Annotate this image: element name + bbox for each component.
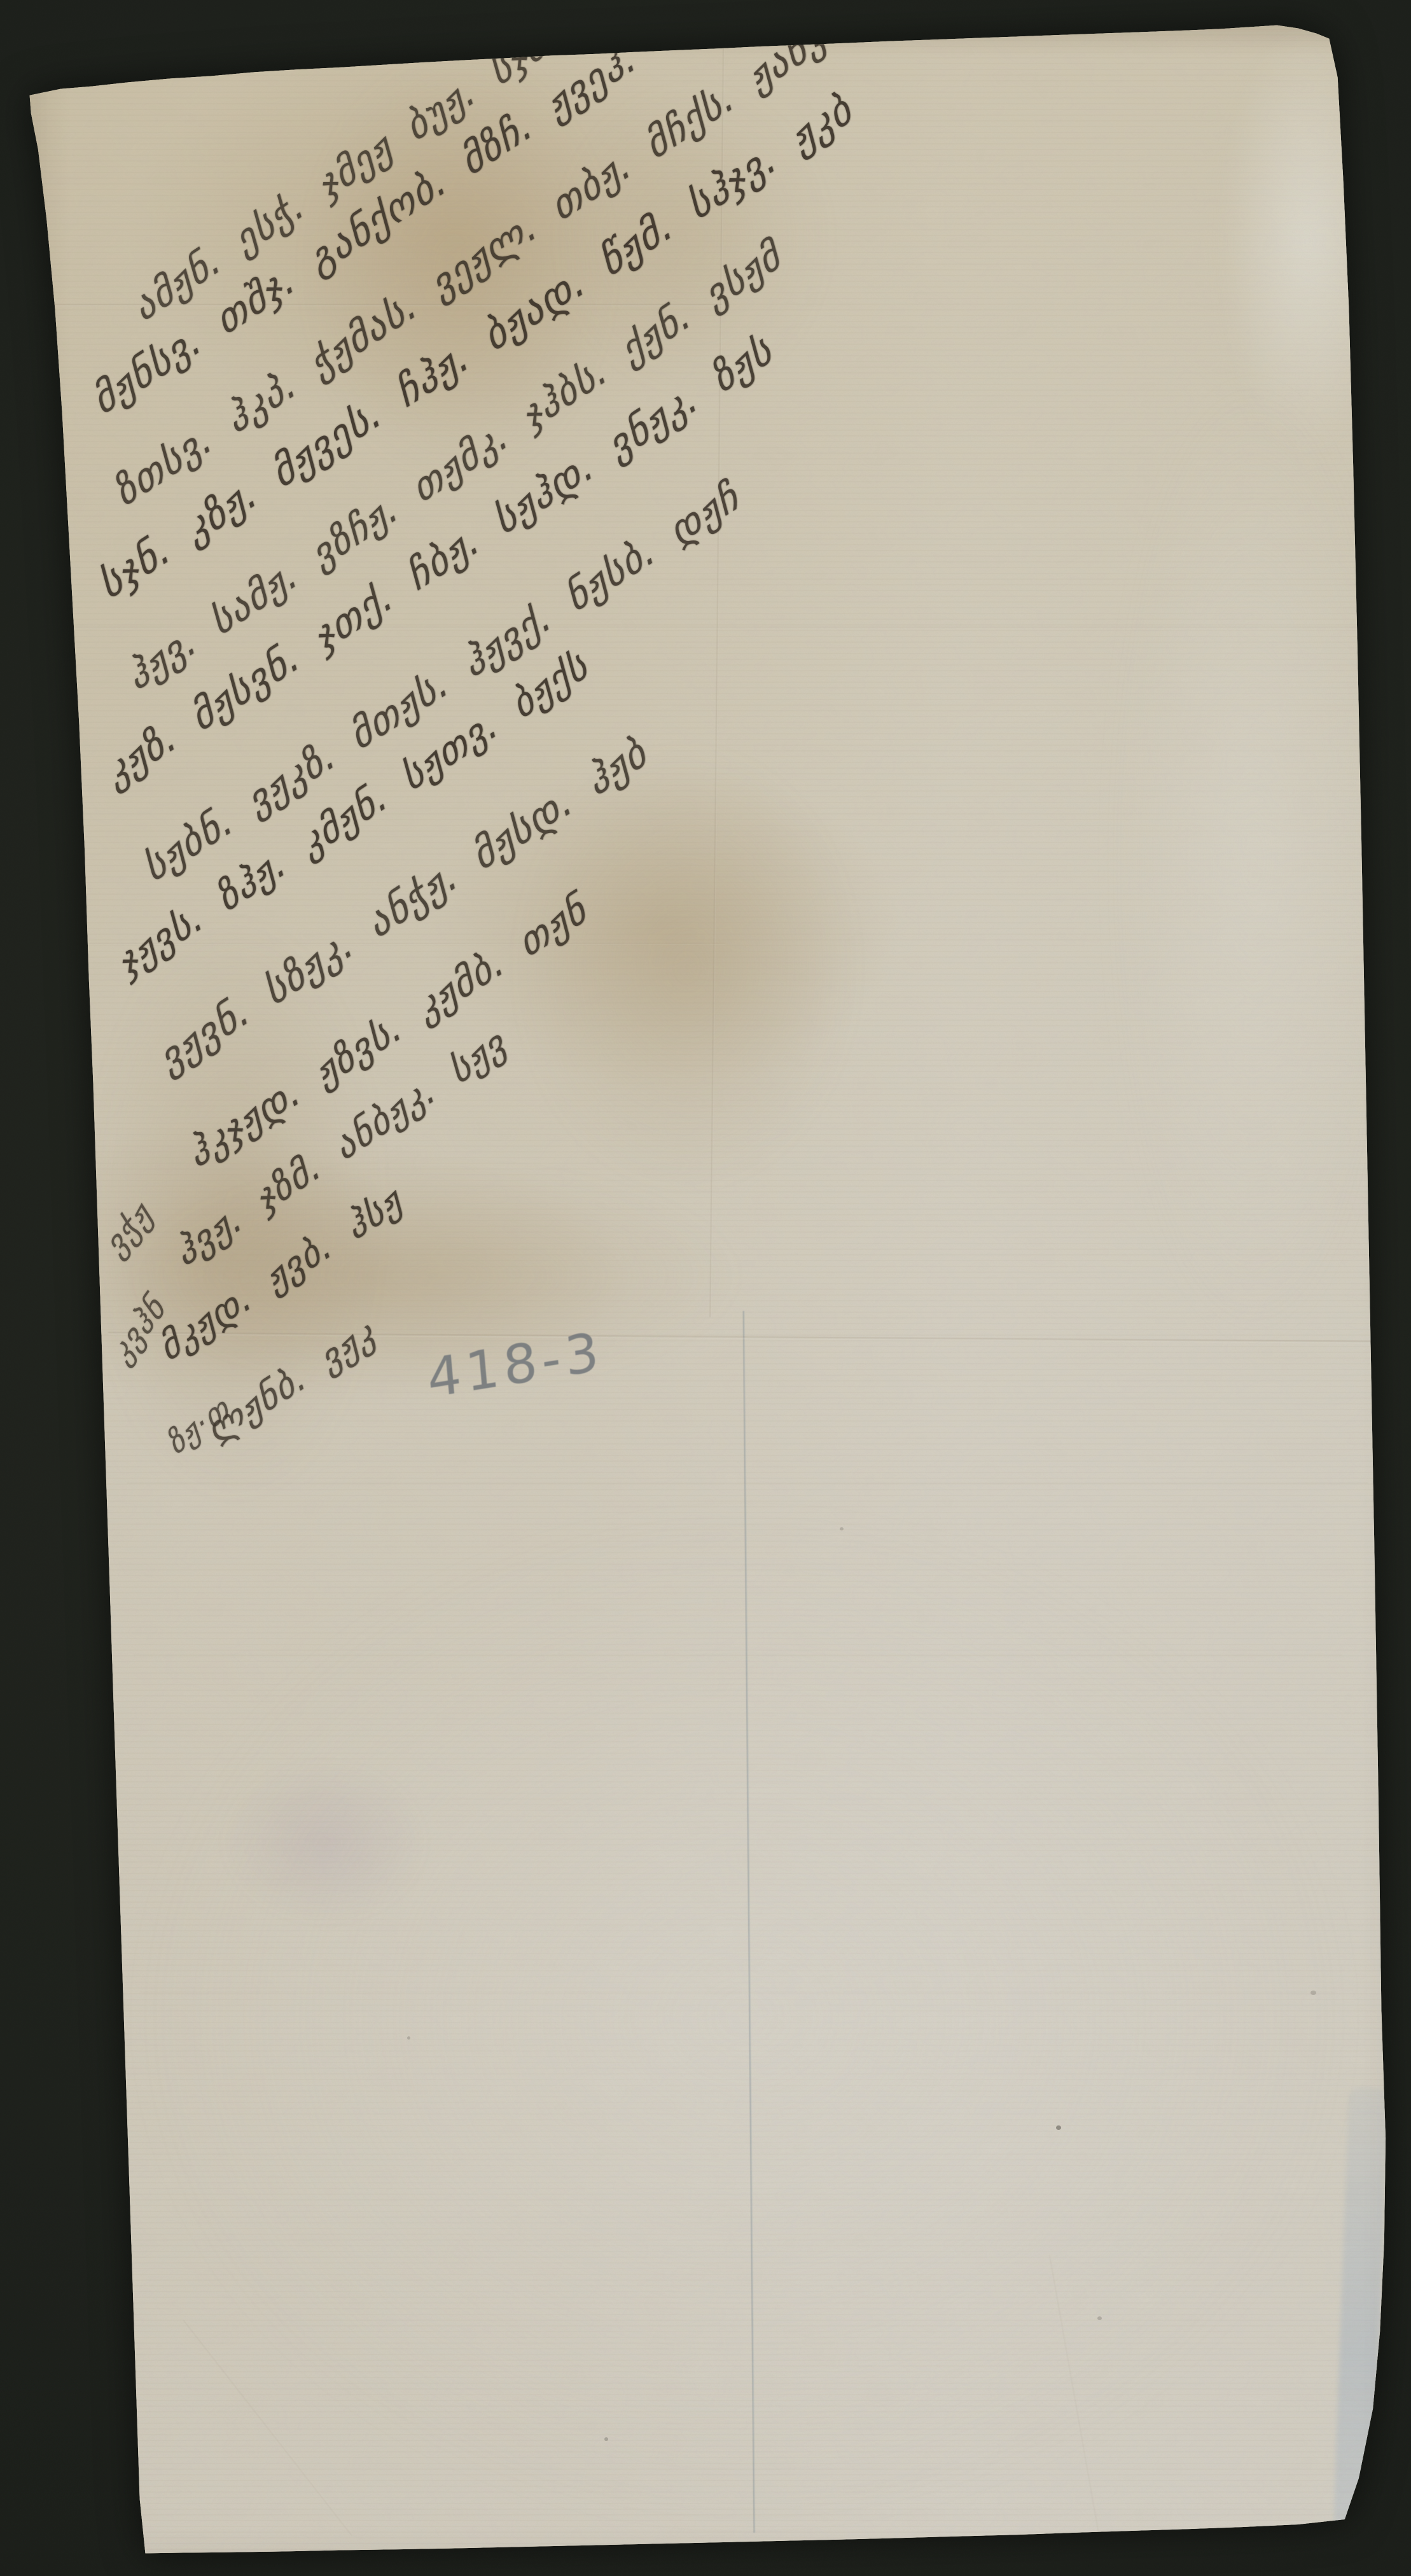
handwriting-line: ზთსვ. ჰკპ. ჭჟმას. ვეჟლ. თბჟ. მჩქს. ჟანვბ (104, 0, 1383, 522)
marginalia-scribble: ზჟ·თ (162, 1390, 237, 1462)
fold-crease-vertical (709, 38, 725, 1317)
manuscript-leaf: ამჟნ. ესჭ. ჯმეჟ ბუჟ. სჯზის. აჟბად ჰკვ მჟ… (0, 0, 1411, 2576)
deckle-edge-strip (1333, 2087, 1388, 2533)
archival-number-pencil: 418-3 (425, 1320, 606, 1410)
handwriting-line: სჯნ. კზჟ. მჟვეს. ჩჰჟ. ბჟად. წჟმ. სჰჯვ. ჟ… (88, 0, 1393, 615)
handwriting-line: ამჟნ. ესჭ. ჯმეჟ ბუჟ. სჯზის. აჟბად ჰკვ (123, 0, 1382, 338)
fold-crease-vertical-blue (743, 1311, 756, 2533)
paper-stain-bottom-wash (140, 1515, 1349, 2520)
scanner-background: ამჟნ. ესჭ. ჯმეჟ ბუჟ. სჯზის. აჟბად ჰკვ მჟ… (0, 0, 1411, 2576)
fold-crease-horizontal (35, 627, 1358, 629)
ink-speck (1310, 1991, 1316, 1995)
paper-shadow: ამჟნ. ესჭ. ჯმეჟ ბუჟ. სჯზის. აჟბად ჰკვ მჟ… (0, 0, 1411, 2576)
fold-crease-horizontal (140, 1992, 1336, 1994)
ink-speck (1097, 2316, 1102, 2320)
paper-stain-light-margin (1120, 382, 1387, 1336)
fold-crease-horizontal-strong (108, 1332, 1374, 1343)
ink-speck (604, 2437, 608, 2441)
ink-speck (407, 2036, 410, 2040)
paper-stain-lighter-corner (1221, 25, 1393, 458)
fold-crease-horizontal (89, 943, 725, 945)
handwriting-line: კჟზ. მჟსვნ. ჯთქ. ჩბჟ. სჟჰდ. ვნჟკ. ზჟს (94, 0, 1291, 802)
marginalia-scribble: ვჭჟ (98, 1194, 160, 1264)
fold-crease-diagonal (1049, 2255, 1103, 2549)
handwriting-line: ჯჟვს. ზჰჟ. კმჟნ. სჟთვ. ბჟქს (107, 391, 971, 993)
fold-crease-diagonal (183, 2320, 353, 2537)
paper-stain (134, 1171, 738, 1381)
paper-mottle-texture (0, 0, 1411, 2576)
paper-stain (522, 751, 852, 1184)
handwriting-line: ვჟვნ. სზჟკ. ანჭჟ. მჟსდ. ჰჟბ (148, 601, 843, 1089)
paper-grain-texture (0, 0, 1411, 2576)
fold-crease-horizontal (127, 1483, 1368, 1485)
fold-crease-horizontal (134, 1655, 1342, 1656)
paper-stain (95, 923, 375, 1495)
purple-smudge (223, 1763, 426, 1922)
handwriting-line: სჟბნ. ვჟკზ. მთჟს. ჰჟვქ. ნჟსბ. დჟჩ (132, 219, 1135, 898)
paper-stain (305, 57, 611, 477)
handwriting-line: ლჟნბ. ვჟკ (197, 1229, 503, 1461)
fold-crease-horizontal (35, 304, 722, 306)
handwriting-line: მჟნსვ. თშჯ. განქობ. მზჩ. ჟვეჰ. საჭჟ. დჟხ… (81, 0, 1390, 430)
marginalia-scribble: კვჰნ (104, 1289, 172, 1371)
handwriting-line: მკჟდ. ჟვბ. ჰსჟ (148, 1095, 528, 1378)
ink-speck (1056, 2125, 1061, 2130)
handwriting-line: ჰკჯჟდ. ჟზვს. კჟმბ. თჟნ (177, 781, 751, 1184)
handwriting-line: ჰვჟ. ჯზმ. ანბჟკ. სჟვ (164, 947, 616, 1283)
handwriting-line: ჰჟვ. სამჟ. ვზჩჟ. თჟმკ. ჯჰბს. ქჟნ. ვსჟმ (116, 0, 1393, 707)
ink-speck (840, 1527, 844, 1530)
paper-stain (560, 89, 827, 388)
